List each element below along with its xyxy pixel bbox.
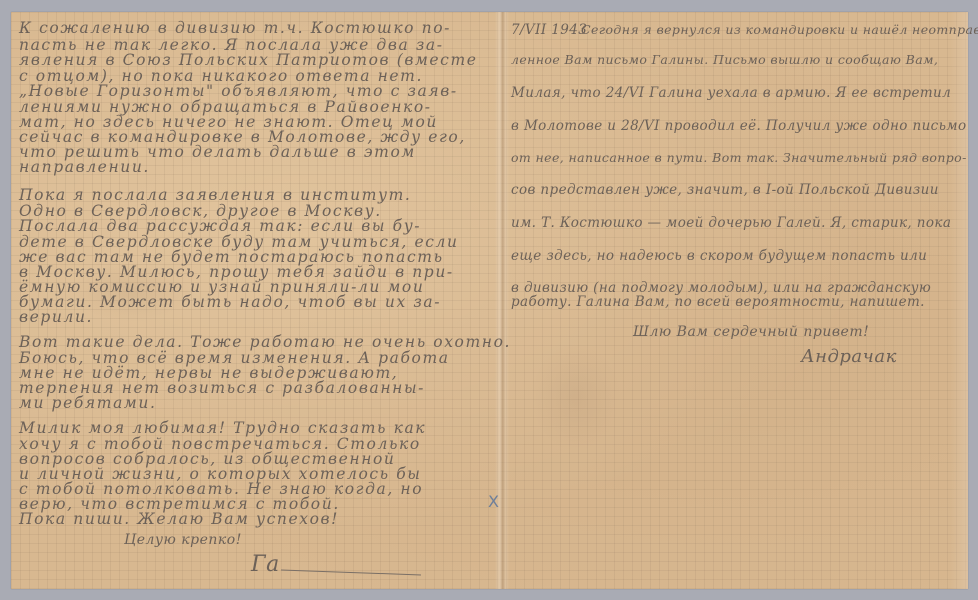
letter-line: Пока пиши. Желаю Вам успехов! [19, 511, 339, 527]
closing-line: Целую крепко! [124, 532, 242, 548]
letter-line: работу. Галина Вам, по всей вероятности,… [511, 294, 925, 310]
letter-date: 7/VII 1943 [511, 22, 587, 38]
blue-cross-mark: X [488, 492, 499, 511]
letter-line: еще здесь, но надеюсь в скором будущем п… [511, 248, 927, 264]
scan-background: К сожалению в дивизию т.ч. Костюшко по- … [0, 0, 978, 600]
closing-line: Шлю Вам сердечный привет! [633, 324, 869, 340]
signature: Андрачак [801, 346, 897, 367]
letter-line: Сегодня я вернулся из командировки и наш… [581, 22, 978, 38]
letter-line: от нее, написанное в пути. Вот так. Знач… [511, 150, 967, 166]
letter-line: „Новые Горизонты" объявляют, что с заяв- [19, 83, 458, 99]
letter-line: им. Т. Костюшко — моей дочерью Галей. Я,… [511, 215, 951, 231]
letter-line: явления в Союз Польских Патриотов (вмест… [19, 52, 478, 68]
letter-line: верили. [19, 309, 93, 325]
letter-line: Пока я послала заявления в институт. [19, 187, 411, 203]
letter-line: направлении. [19, 159, 150, 175]
letter-line: ми ребятами. [19, 395, 156, 411]
letter-line: Вот такие дела. Тоже работаю не очень ох… [19, 334, 511, 350]
letter-line: сов представлен уже, значит, в I-ой Поль… [511, 182, 939, 198]
left-page: К сожалению в дивизию т.ч. Костюшко по- … [19, 12, 489, 589]
letter-line: К сожалению в дивизию т.ч. Костюшко по- [19, 20, 451, 36]
letter-line: Послала два рассуждая так: если вы бу- [19, 218, 421, 234]
right-page: 7/VII 1943 Сегодня я вернулся из команди… [511, 12, 957, 589]
letter-line: Милик моя любимая! Трудно сказать как [19, 420, 426, 436]
signature-flourish [281, 570, 421, 576]
letter-sheet: К сожалению в дивизию т.ч. Костюшко по- … [11, 12, 968, 589]
letter-line: в Молотове и 28/VI проводил её. Получил … [511, 118, 967, 134]
letter-line: Милая, что 24/VI Галина уехала в армию. … [511, 85, 951, 101]
letter-line: ленное Вам письмо Галины. Письмо вышлю и… [511, 52, 938, 68]
signature: Га [251, 552, 280, 577]
